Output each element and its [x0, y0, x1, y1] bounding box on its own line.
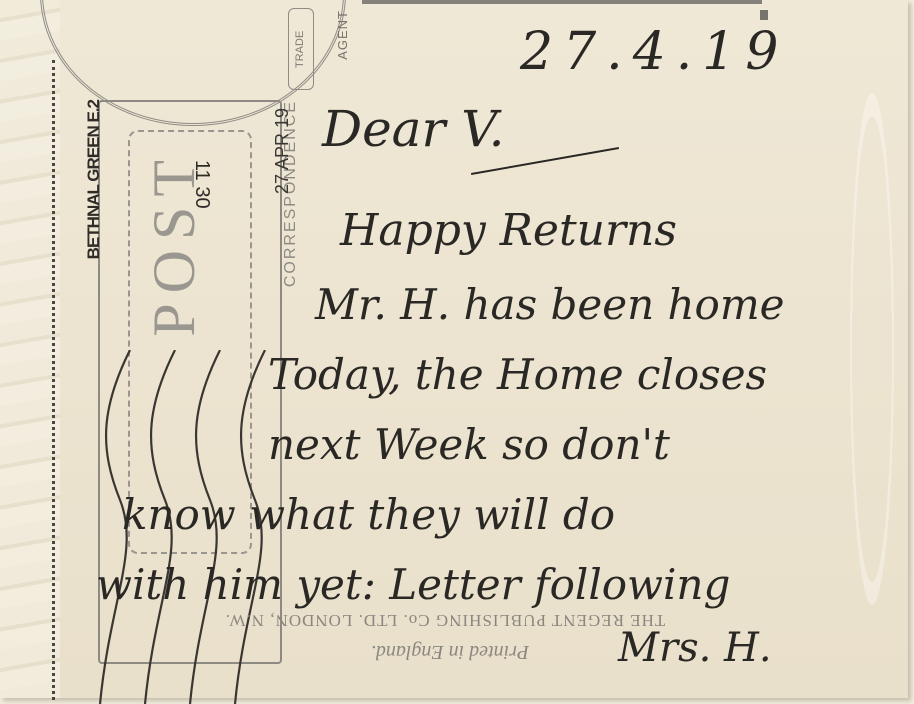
agent-label: AGENT — [335, 10, 350, 60]
perforation-edge — [52, 60, 55, 700]
postcard: TRADE AGENT POST CORRESPONDENCE BETHNAL … — [0, 0, 908, 698]
postmark-time: 11 30 — [192, 160, 212, 209]
message-line: Today, the Home closes — [268, 350, 767, 399]
message-line: next Week so don't — [268, 420, 670, 469]
postmark-office: BETHNAL GREEN E.2 — [84, 100, 104, 259]
printed-in-label: Printed in England. — [290, 640, 610, 663]
message-line: Happy Returns — [340, 205, 677, 256]
signature: Mrs. H. — [618, 625, 772, 671]
letter-date: 27.4.19 — [520, 22, 788, 82]
message-line: with him yet: Letter following — [96, 560, 730, 609]
message-line: Mr. H. has been home — [315, 280, 785, 329]
trade-mark-banner: TRADE — [288, 8, 314, 90]
greeting: Dear V. — [322, 100, 505, 158]
corner-mark — [760, 10, 768, 20]
embossed-right-border — [842, 0, 902, 698]
message-line: know what they will do — [122, 490, 615, 539]
postmark-date: 27 APR 19 — [272, 108, 293, 194]
embossed-left-border — [0, 0, 60, 698]
address-divider — [362, 0, 762, 4]
